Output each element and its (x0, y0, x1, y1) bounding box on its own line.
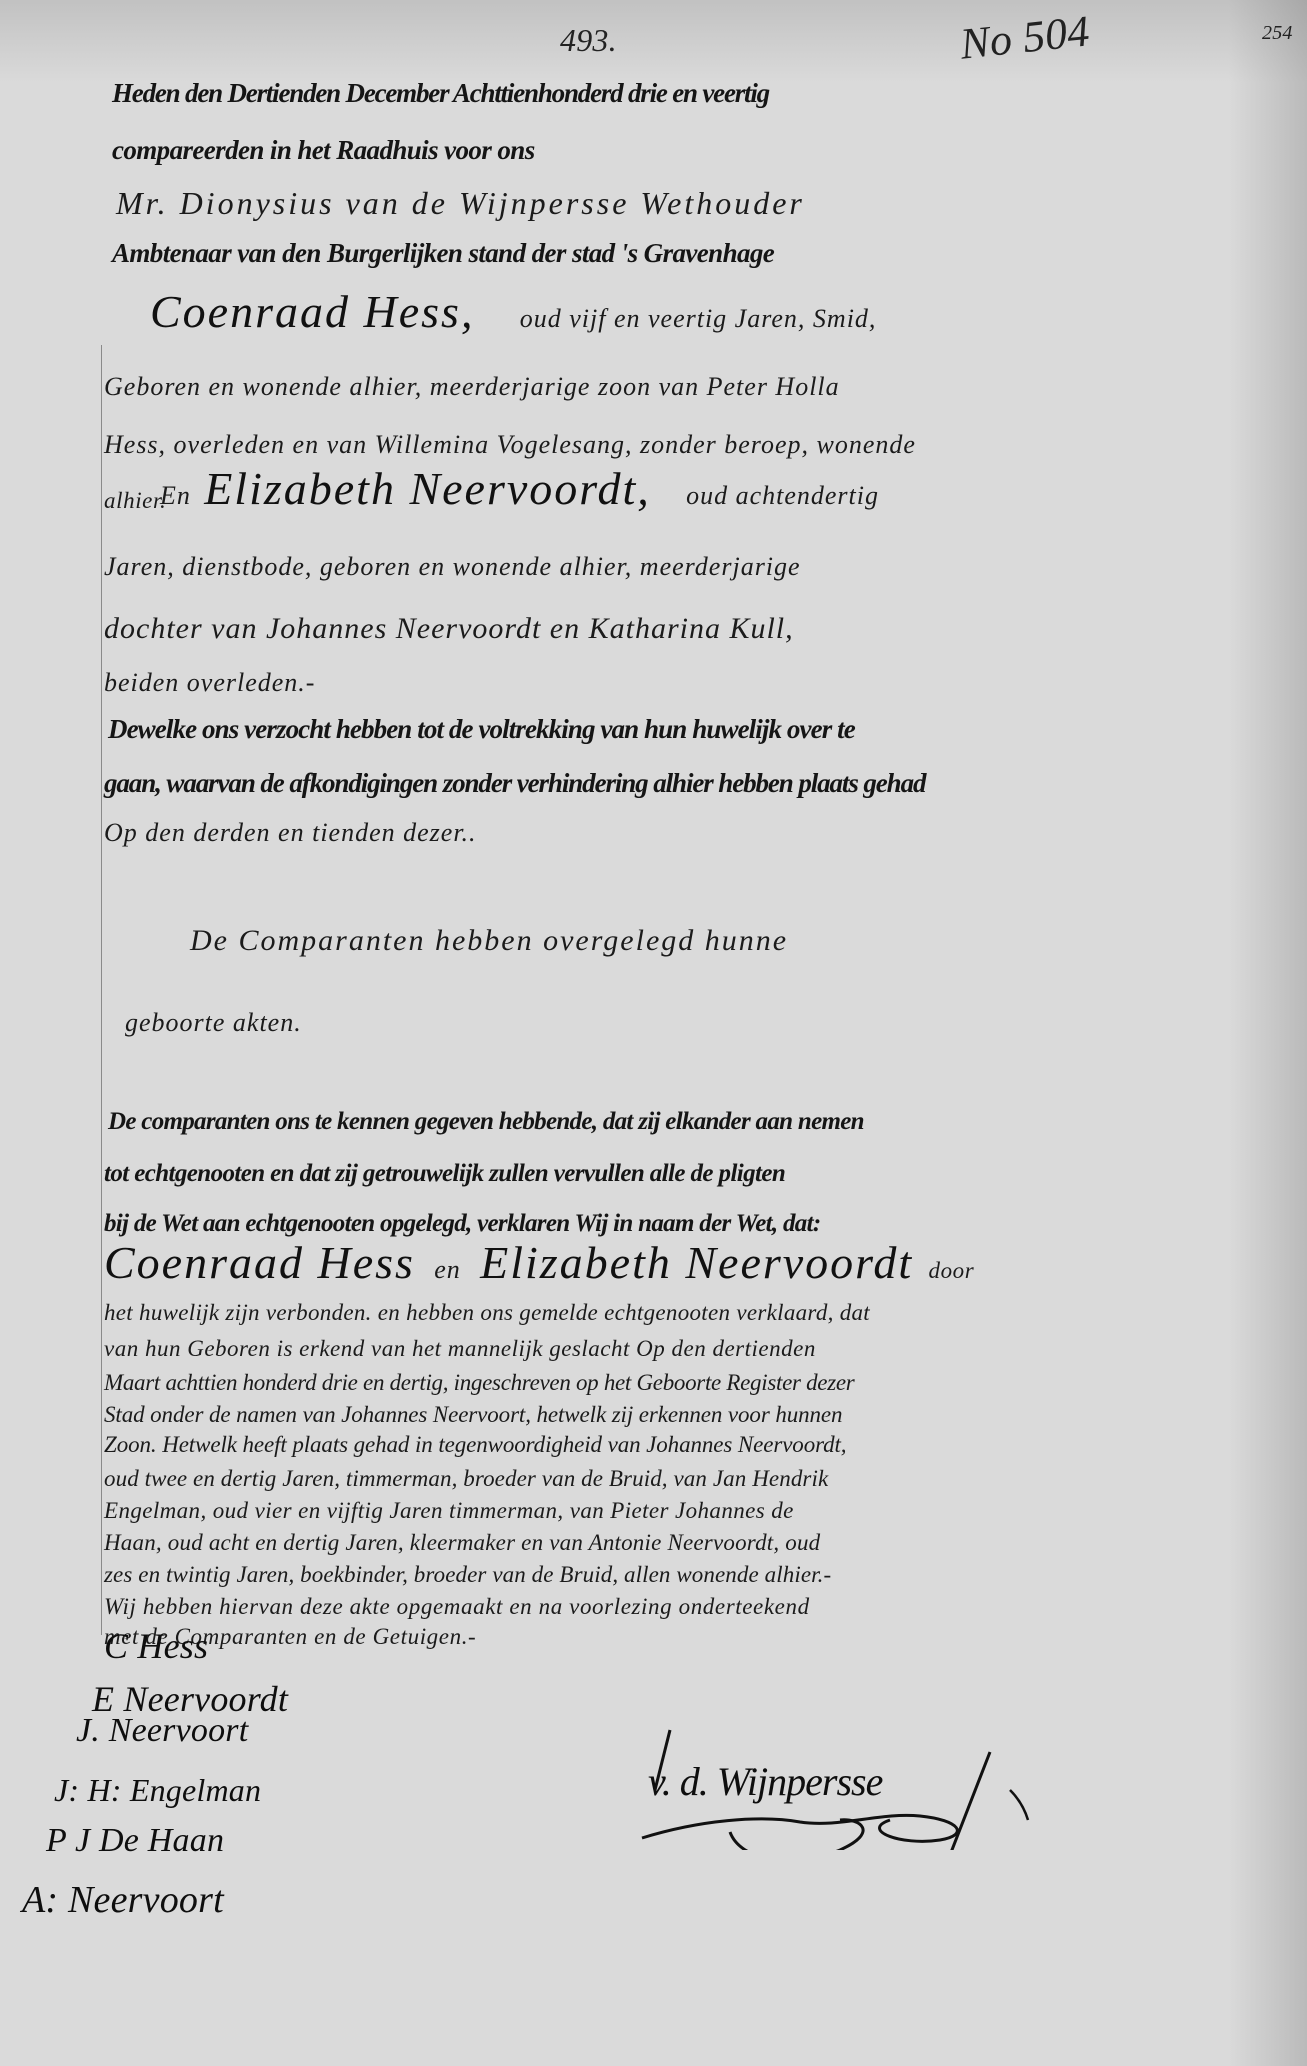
request-line-1: Dewelke ons verzocht hebben tot de voltr… (108, 714, 855, 745)
opening-line-1: Heden den Dertienden December Achttienho… (112, 78, 769, 109)
official-name-line: Mr. Dionysius van de Wijnpersse Wethoude… (116, 185, 805, 222)
couple-rest: door (928, 1258, 974, 1283)
folio-number: 493. (560, 22, 617, 59)
margin-rule (101, 345, 102, 1635)
bride-line-4: beiden overleden.- (104, 668, 315, 698)
signature-witness-2: J: H: Engelman (54, 1772, 261, 1809)
closing-line-6: oud twee en dertig Jaren, timmerman, bro… (104, 1466, 828, 1492)
closing-line-8: Haan, oud acht en dertig Jaren, kleermak… (104, 1530, 820, 1556)
groom-line-3: Hess, overleden en van Willemina Vogeles… (104, 430, 916, 460)
closing-line-5: Zoon. Hetwelk heeft plaats gehad in tege… (104, 1432, 846, 1458)
act-number: No 504 (958, 5, 1092, 69)
documents-line-2: geboorte akten. (125, 1008, 302, 1038)
closing-line-4: Stad onder de namen van Johannes Neervoo… (104, 1402, 842, 1428)
bride-details: oud achtendertig (686, 481, 879, 510)
bride-line-2: Jaren, dienstbode, geboren en wonende al… (104, 552, 801, 582)
signature-witness-1: J. Neervoort (76, 1712, 248, 1750)
request-line-2: gaan, waarvan de afkondigingen zonder ve… (104, 768, 925, 799)
signature-flourish-icon (640, 1720, 1080, 1850)
declaration-line-3: bij de Wet aan echtgenooten opgelegd, ve… (104, 1210, 820, 1238)
groom-line-4: alhier. (104, 488, 166, 514)
bride-line-1: En Elizabeth Neervoordt, oud achtenderti… (160, 462, 879, 515)
declaration-line-2: tot echtgenooten en dat zij getrouwelijk… (104, 1160, 785, 1188)
bride-prefix: En (160, 481, 191, 510)
groom-details: oud vijf en veertig Jaren, Smid, (520, 304, 877, 333)
register-page: 493. No 504 254 Heden den Dertienden Dec… (0, 0, 1307, 2066)
couple-line: Coenraad Hess en Elizabeth Neervoordt do… (104, 1236, 974, 1289)
couple-groom: Coenraad Hess (104, 1237, 415, 1288)
couple-conj: en (434, 1255, 461, 1284)
official-signature: v. d. Wijnpersse (640, 1720, 1080, 1850)
closing-line-2: van hun Geboren is erkend van het mannel… (104, 1336, 816, 1362)
signature-witness-4: A: Neervoort (22, 1878, 224, 1922)
closing-line-3: Maart achttien honderd drie en dertig, i… (104, 1370, 854, 1396)
signature-groom: C Hess (104, 1625, 208, 1667)
closing-line-1: het huwelijk zijn verbonden. en hebben o… (104, 1300, 870, 1326)
request-line-3: Op den derden en tienden dezer.. (104, 818, 477, 848)
closing-line-10: Wij hebben hiervan deze akte opgemaakt e… (104, 1594, 810, 1620)
groom-line-1: Coenraad Hess, oud vijf en veertig Jaren… (150, 285, 876, 338)
page-number: 254 (1262, 22, 1293, 45)
bride-line-3: dochter van Johannes Neervoordt en Katha… (104, 612, 794, 646)
signature-witness-3: P J De Haan (46, 1822, 224, 1860)
couple-bride: Elizabeth Neervoordt (480, 1237, 913, 1288)
opening-line-4: Ambtenaar van den Burgerlijken stand der… (112, 238, 774, 269)
closing-line-7: Engelman, oud vier en vijftig Jaren timm… (104, 1498, 794, 1524)
groom-line-2: Geboren en wonende alhier, meerderjarige… (104, 372, 840, 402)
declaration-line-1: De comparanten ons te kennen gegeven heb… (108, 1108, 864, 1136)
documents-line-1: De Comparanten hebben overgelegd hunne (190, 924, 788, 958)
bride-name: Elizabeth Neervoordt, (204, 463, 651, 514)
opening-line-2: compareerden in het Raadhuis voor ons (112, 135, 535, 166)
closing-line-9: zes en twintig Jaren, boekbinder, broede… (104, 1562, 831, 1588)
groom-name: Coenraad Hess, (150, 286, 474, 337)
